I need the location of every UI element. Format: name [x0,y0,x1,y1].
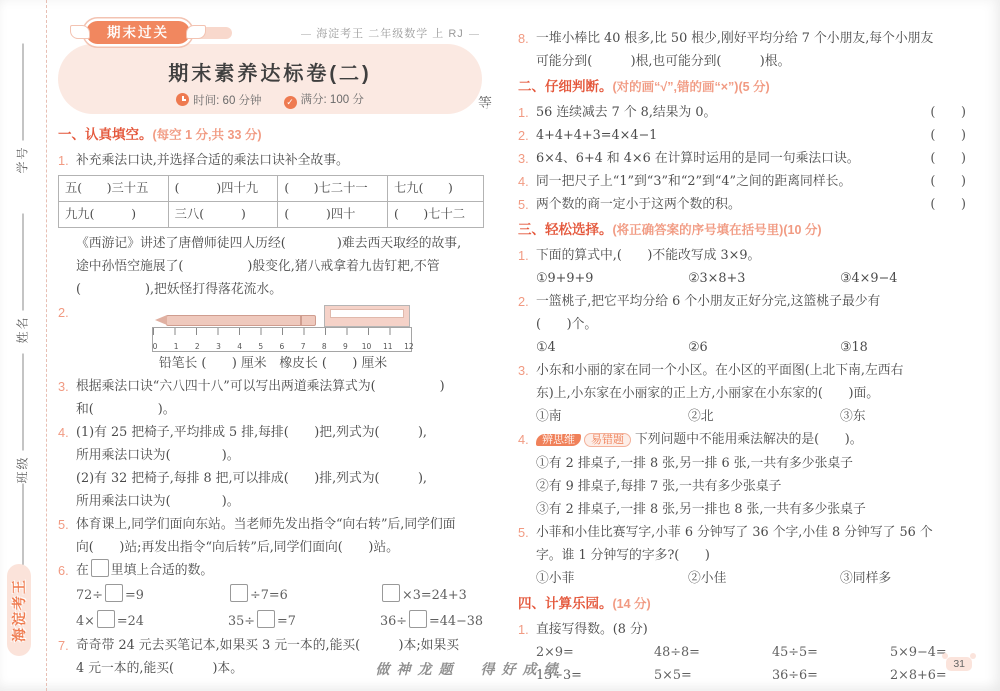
judge-item: 5.两个数的商一定小于这两个数的积。( ) [518,193,966,216]
answer-box [257,610,275,628]
right-column: 8.一堆小棒比 40 根多,比 50 根少,刚好平均分给 7 个小朋友,每个小朋… [518,27,966,687]
ruler-figure: 0123456789101112 [152,302,412,352]
answer-box [97,610,115,628]
ruler-tick-label: 10 [362,335,372,358]
calc-sub: 1.直接写得数。(8 分) [518,618,966,641]
table-cell: ( )四十 [278,202,388,228]
time-label: 时间: 60 分钟 [193,95,261,107]
option: ②6 [688,336,840,359]
q6-number: 6. [58,559,76,582]
option: ②3×8+3 [688,267,840,290]
q5-line: 向( )站;再发出指令“向后转”后,同学们面向( )站。 [58,536,488,559]
judge-item: 3.6×4、6+4 和 4×6 在计算时运用的是同一句乘法口诀。( ) [518,147,966,170]
q5-text: 体育课上,同学们面向东站。当老师先发出指令“向右转”后,同学们面 [76,513,456,536]
option: ①小菲 [536,567,688,590]
answer-parens: ( ) [930,101,966,124]
choice-q3-line: 东)上,小东家在小丽家的正上方,小丽家在小东家的( )面。 [518,382,966,405]
option: ①4 [536,336,688,359]
exam-page: 学号 姓名 班级 学校 海淀考王 期末素养达标卷(二) 时间: 60 分钟 ✓满… [0,0,1000,691]
ruler-tick-label: 9 [340,335,350,358]
q4-number: 4. [58,421,76,444]
header-card: 期末素养达标卷(二) 时间: 60 分钟 ✓满分: 100 分 等 级 [58,44,482,114]
choice-q1: 1.下面的算式中,( )不能改写成 3×9。 [518,244,966,267]
answer-box [230,584,248,602]
table-row: 九九( ) 三八( ) ( )四十 ( )七十二 [59,202,484,228]
answer-box [105,584,123,602]
binding-rail: 学号 姓名 班级 学校 海淀考王 [0,0,47,691]
student-id-field: 学号 [14,44,31,174]
fill-line [21,44,23,141]
answer-box [91,559,109,577]
answer-box [382,584,400,602]
section1-title: 一、认真填空。 [58,127,153,142]
q8-number: 8. [518,27,536,50]
equation: 36÷=44−38 [380,610,483,633]
exam-title: 期末素养达标卷(二) [58,44,482,86]
q3-number: 3. [58,375,76,398]
q3-text: 根据乘法口诀“六八四十八”可以写出两道乘法算式为( ) [76,375,445,398]
q2-number: 2. [58,301,76,352]
unit-badge: 期末过关 [86,21,190,44]
q1-story-line: ( ),把妖怪打得落花流水。 [58,278,488,301]
equation: 35÷=7 [228,610,380,633]
q1-text: 补充乘法口诀,并选择合适的乘法口诀补全故事。 [76,149,349,172]
section4-heading: 四、计算乐园。(14 分) [518,592,966,616]
exam-meta: 时间: 60 分钟 ✓满分: 100 分 [58,91,482,109]
q4-badges-and-text: 辨思维易错题下列问题中不能用乘法解决的是( )。 [536,428,863,452]
q2: 2. 0123456789101112 [58,301,488,352]
fill-line [21,214,23,311]
option: ③东 [840,405,866,428]
judge-item: 2.4+4+4+3=4×4−1( ) [518,124,966,147]
table-cell: 七九( ) [387,176,483,202]
error-prone-badge: 易错题 [584,433,631,447]
option: ③同样多 [840,567,891,590]
q6-equation-row: 4×=24 35÷=7 36÷=44−38 [58,608,488,634]
option: ③18 [840,336,868,359]
ruler-ticks [153,328,411,335]
choice-q3: 3.小东和小丽的家在同一个小区。在小区的平面图(上北下南,左西右 [518,359,966,382]
answer-parens: ( ) [930,147,966,170]
section2-title: 二、仔细判断。 [518,79,613,94]
class-label: 班级 [14,455,31,483]
q6-intro-post: 里填上合适的数。 [111,563,213,578]
q4: 4.(1)有 25 把椅子,平均排成 5 排,每排( )把,列式为( ), [58,421,488,444]
check-icon: ✓ [284,96,297,109]
clock-icon [176,93,189,106]
q7-number: 7. [58,634,76,657]
left-column: 一、认真填空。(每空 1 分,共 33 分) 1.补充乘法口诀,并选择合适的乘法… [58,121,488,680]
table-cell: 九九( ) [59,202,169,228]
section3-meta: (将正确答案的序号填在括号里)(10 分) [613,223,822,237]
section3-title: 三、轻松选择。 [518,222,613,237]
class-field: 班级 [14,354,31,484]
option: ③4×9−4 [840,267,897,290]
choice-q4: 4.辨思维易错题下列问题中不能用乘法解决的是( )。 [518,428,966,452]
judge-item: 1.56 连续减去 7 个 8,结果为 0。( ) [518,101,966,124]
table-row: 五( )三十五 ( )四十九 ( )七二十一 七九( ) [59,176,484,202]
section2-meta: (对的画“√”,错的画“×”)(5 分) [613,80,770,94]
table-cell: ( )七二十一 [278,176,388,202]
footer-motto: 做神龙题 得好成绩 [0,659,940,679]
choice-q5-line: 字。谁 1 分钟写的字多?( ) [518,544,966,567]
ruler-tick-label: 3 [213,335,223,358]
ruler-tick-label: 0 [150,335,160,358]
series-caption: 海淀考王 二年级数学 上 RJ [295,25,485,41]
section2-heading: 二、仔细判断。(对的画“√”,错的画“×”)(5 分) [518,75,966,99]
choice-q4-option: ③有 2 排桌子,一排 8 张,另一排也 8 张,一共有多少张桌子 [518,498,966,521]
option: ①9+9+9 [536,267,688,290]
q8-text: 一堆小棒比 40 根多,比 50 根少,刚好平均分给 7 个小朋友,每个小朋友 [536,27,933,50]
option: ①南 [536,405,688,428]
q8: 8.一堆小棒比 40 根多,比 50 根少,刚好平均分给 7 个小朋友,每个小朋… [518,27,966,50]
q4-line: 所用乘法口诀为( )。 [58,490,488,513]
score-item: ✓满分: 100 分 [284,91,364,109]
q6-intro-pre: 在 [76,563,89,578]
section4-meta: (14 分) [613,597,651,611]
ruler-tick-label: 2 [192,335,202,358]
name-label: 姓名 [14,315,31,343]
q7-text: 奇奇带 24 元去买笔记本,如果买 3 元一本的,能买( )本;如果买 [76,634,459,657]
wing-icon [70,25,90,39]
q4-text: (1)有 25 把椅子,平均排成 5 排,每排( )把,列式为( ), [76,421,427,444]
score-label: 满分: 100 分 [301,94,364,106]
q4-line: (2)有 32 把椅子,每排 8 把,可以排成( )排,列式为( ), [58,467,488,490]
choice-options: ①9+9+9②3×8+3③4×9−4 [518,267,966,290]
section4-title: 四、计算乐园。 [518,596,613,611]
ruler-tick-label: 8 [319,335,329,358]
time-item: 时间: 60 分钟 [176,92,261,108]
section1-heading: 一、认真填空。(每空 1 分,共 33 分) [58,123,488,147]
answer-box [409,610,427,628]
ruler-illustration: 0123456789101112 [152,327,412,352]
choice-options: ①南②北③东 [518,405,966,428]
q6-intro: 在里填上合适的数。 [76,559,213,582]
option: ②小佳 [688,567,840,590]
ruler-tick-label: 5 [256,335,266,358]
table-cell: ( )四十九 [168,176,278,202]
equation: 72÷=9 [76,584,228,607]
judge-item: 4.同一把尺子上“1”到“3”和“2”到“4”之间的距离同样长。( ) [518,170,966,193]
choice-options: ①小菲②小佳③同样多 [518,567,966,590]
q1-story-line: 《西游记》讲述了唐僧师徒四人历经( )难去西天取经的故事, [58,232,488,255]
section3-heading: 三、轻松选择。(将正确答案的序号填在括号里)(10 分) [518,218,966,242]
q1-story-line: 途中孙悟空施展了( )般变化,猪八戒拿着九齿钉耙,不管 [58,255,488,278]
q1-number: 1. [58,149,76,172]
brand-badge: 海淀考王 [7,564,31,656]
thinking-badge: 辨思维 [536,434,581,446]
q7: 7.奇奇带 24 元去买笔记本,如果买 3 元一本的,能买( )本;如果买 [58,634,488,657]
ruler-tick-label: 11 [383,335,393,358]
eraser-illustration [324,305,410,327]
table-cell: ( )七十二 [387,202,483,228]
fill-line [21,354,23,451]
option: ②北 [688,405,840,428]
answer-parens: ( ) [930,170,966,193]
table-cell: 五( )三十五 [59,176,169,202]
q3: 3.根据乘法口诀“六八四十八”可以写出两道乘法算式为( ) [58,375,488,398]
student-id-label: 学号 [14,145,31,173]
q1: 1.补充乘法口诀,并选择合适的乘法口诀补全故事。 [58,149,488,172]
ruler-numbers: 0123456789101112 [150,335,414,358]
answer-parens: ( ) [930,124,966,147]
equation: ÷7=6 [228,584,380,607]
choice-q2-line: ( )个。 [518,313,966,336]
q5-number: 5. [58,513,76,536]
choice-q4-option: ②有 9 排桌子,每排 7 张,一共有多少张桌子 [518,475,966,498]
page-number: 31 [946,657,972,671]
ruler-tick-label: 7 [298,335,308,358]
q4-line: 所用乘法口诀为( )。 [58,444,488,467]
choice-q5: 5.小菲和小佳比赛写字,小菲 6 分钟写了 36 个字,小佳 8 分钟写了 56… [518,521,966,544]
ruler-tick-label: 12 [404,335,414,358]
ruler-tick-label: 6 [277,335,287,358]
q8-line: 可能分到( )根,也可能分到( )根。 [518,50,966,73]
multiplication-rhyme-table: 五( )三十五 ( )四十九 ( )七二十一 七九( ) 九九( ) 三八( )… [58,175,484,228]
equation: ×3=24+3 [380,584,467,607]
name-field: 姓名 [14,214,31,344]
ruler-tick-label: 4 [235,335,245,358]
table-cell: 三八( ) [168,202,278,228]
q6-equation-row: 72÷=9 ÷7=6 ×3=24+3 [58,582,488,608]
pencil-illustration [166,315,316,326]
equation: 4×=24 [76,610,228,633]
q6: 6.在里填上合适的数。 [58,559,488,582]
q3-line: 和( )。 [58,398,488,421]
answer-parens: ( ) [930,193,966,216]
choice-q2: 2.一篮桃子,把它平均分给 6 个小朋友正好分完,这篮桃子最少有 [518,290,966,313]
section1-meta: (每空 1 分,共 33 分) [153,128,262,142]
choice-q4-option: ①有 2 排桌子,一排 8 张,另一排 6 张,一共有多少张桌子 [518,452,966,475]
wing-icon [186,25,206,39]
ruler-tick-label: 1 [171,335,181,358]
q5: 5.体育课上,同学们面向东站。当老师先发出指令“向右转”后,同学们面 [58,513,488,536]
choice-options: ①4②6③18 [518,336,966,359]
